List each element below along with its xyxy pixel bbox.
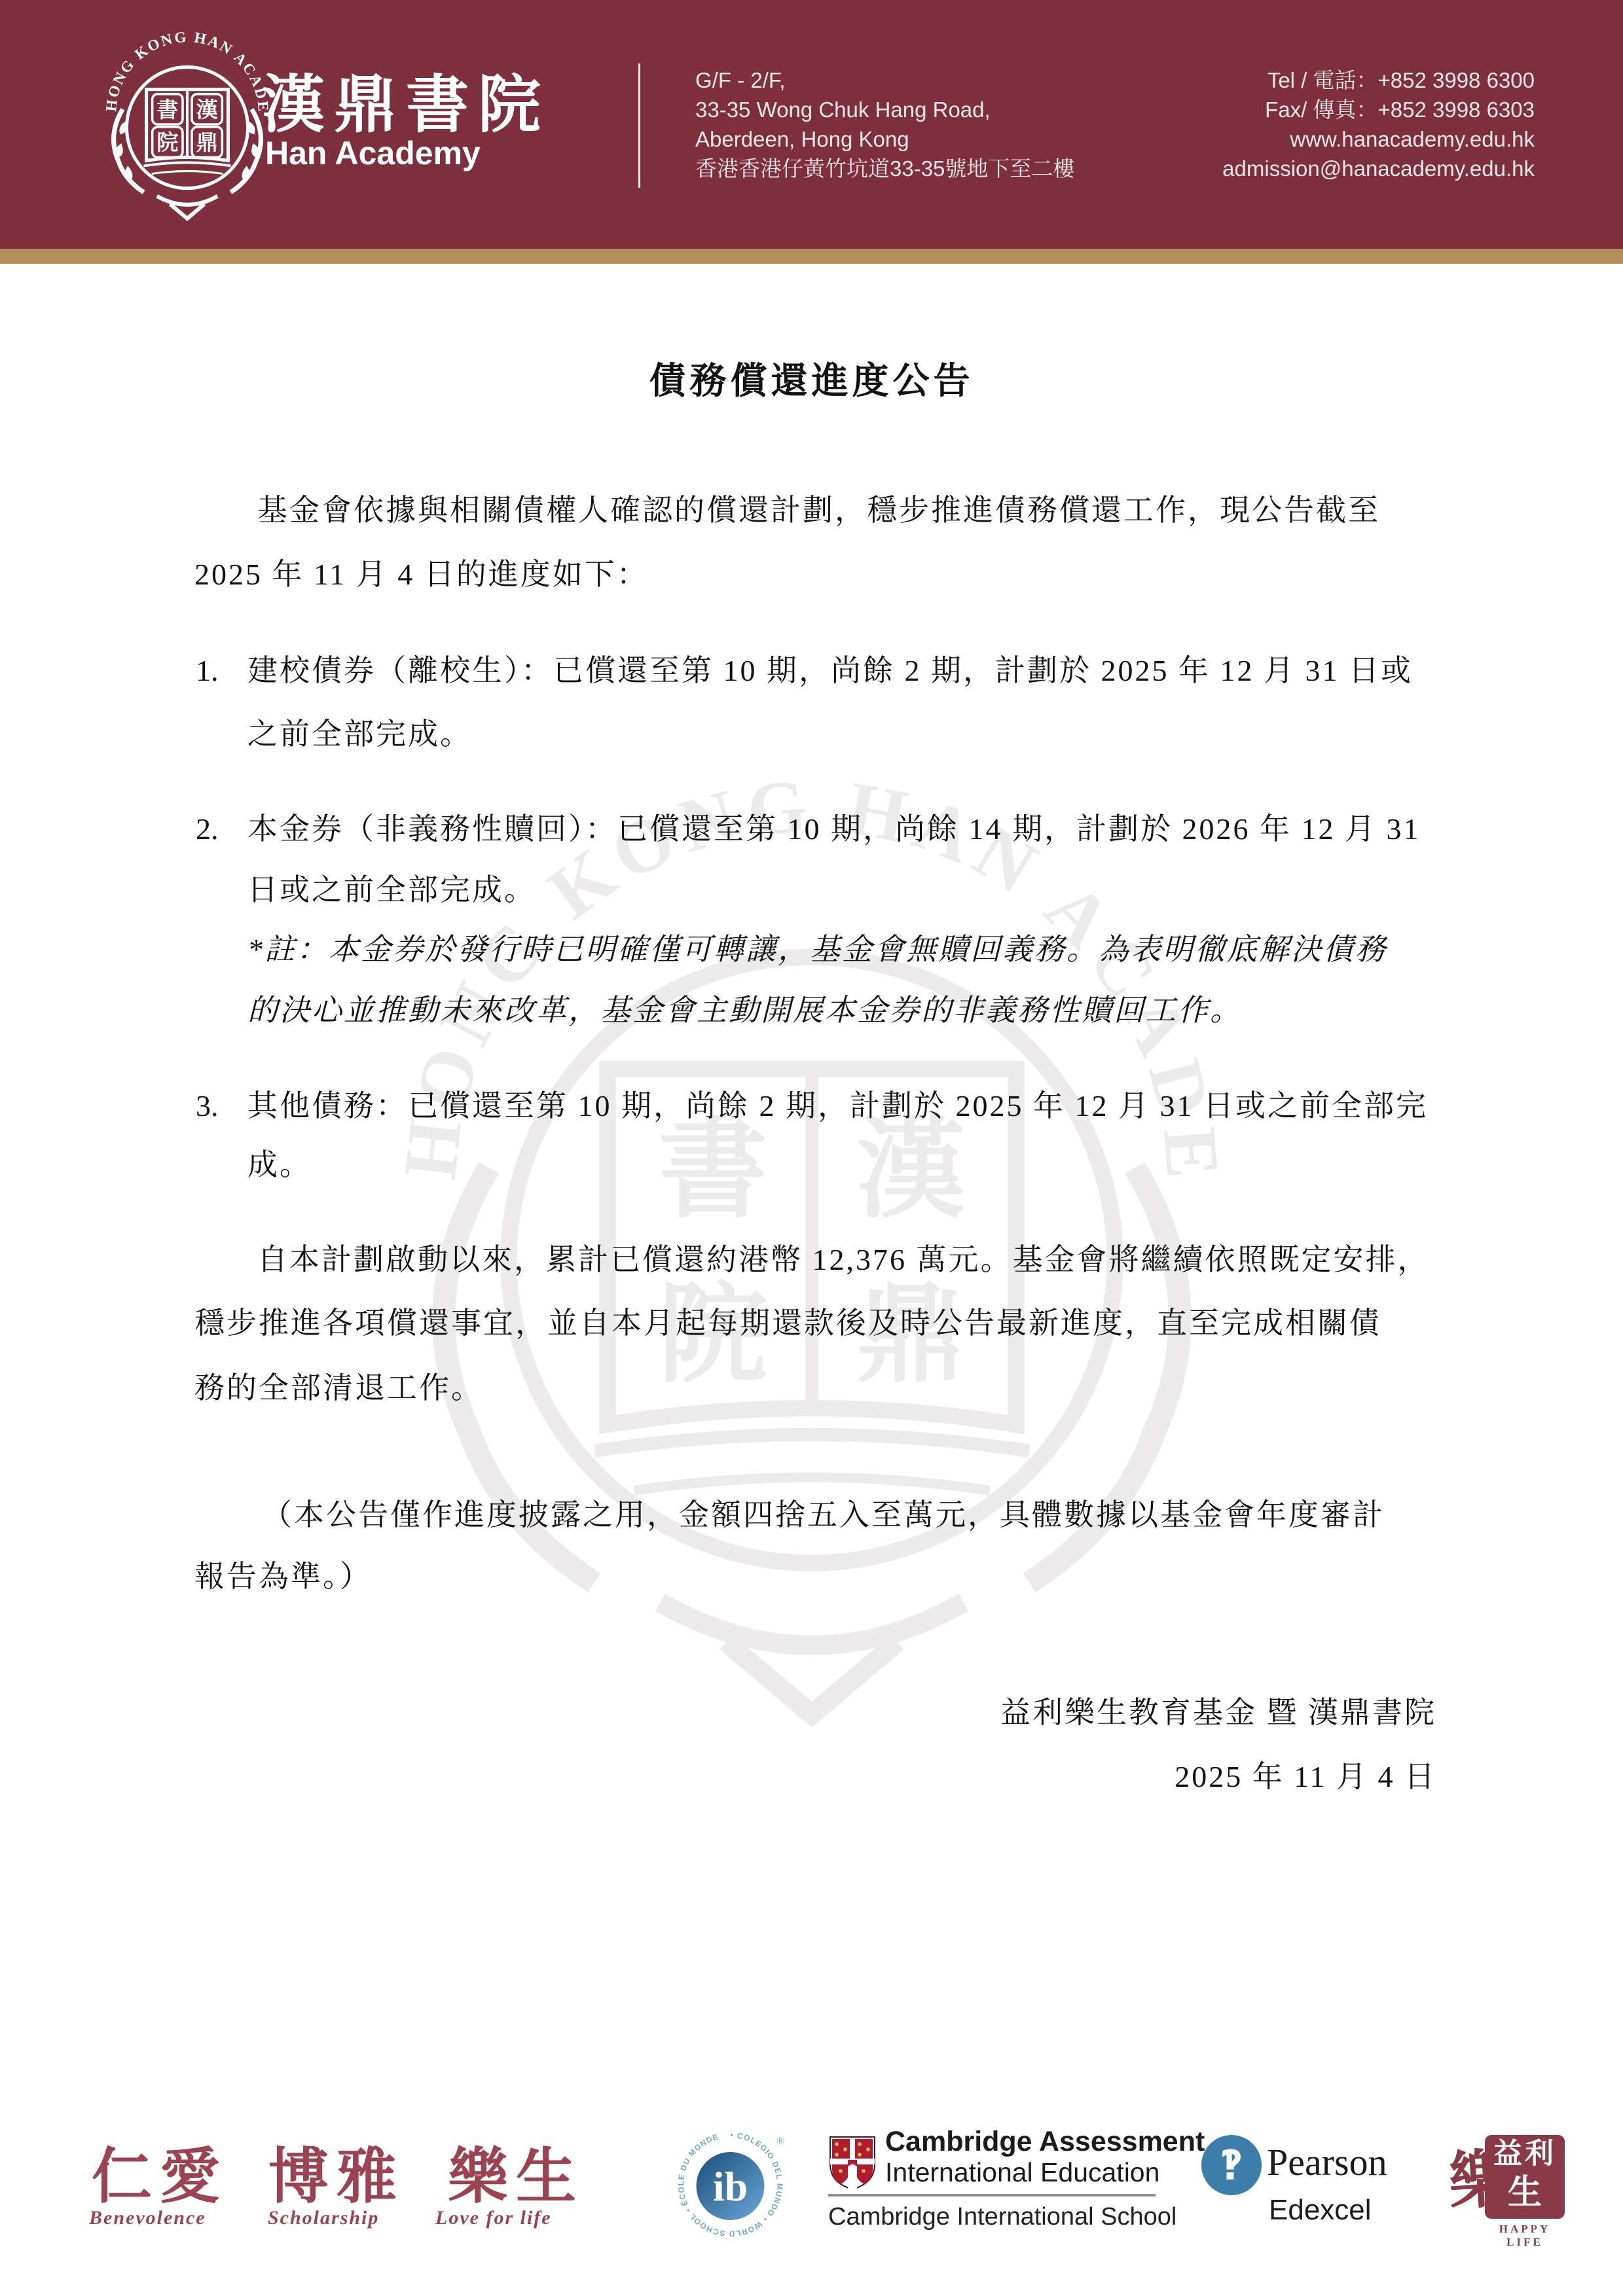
pearson-interrobang-icon: ‽ bbox=[1201, 2135, 1262, 2195]
list-item-1-line-2: 之前全部完成。 bbox=[247, 715, 472, 754]
cambridge-divider-line bbox=[828, 2194, 1156, 2197]
svg-text:漢: 漢 bbox=[856, 1111, 965, 1231]
disclaimer-line-2: 報告為準。） bbox=[194, 1557, 372, 1596]
happy-life-seal: 益利 生 bbox=[1485, 2135, 1565, 2219]
signature-organization: 益利樂生教育基金 暨 漢鼎書院 bbox=[1000, 1689, 1436, 1732]
motto-love-for-life-en: Love for life bbox=[435, 2207, 552, 2229]
list-item-2-line-1: 本金券（非義務性贖回）：已償還至第 10 期，尚餘 14 期，計劃於 2026 … bbox=[247, 810, 1421, 849]
svg-text:漢: 漢 bbox=[196, 98, 218, 122]
svg-text:書: 書 bbox=[659, 1111, 767, 1231]
happy-life-seal-bottom-char: 生 bbox=[1485, 2173, 1565, 2214]
svg-text:ib: ib bbox=[713, 2163, 748, 2210]
cambridge-assessment-label: Cambridge Assessment bbox=[885, 2126, 1205, 2158]
motto-benevolence-en: Benevolence bbox=[89, 2207, 206, 2229]
announcement-page: HONG KONG HAN ACADEMY 書 漢 院 鼎 漢鼎書院 Han A… bbox=[0, 0, 1623, 2296]
list-item-1-line-1: 建校債券（離校生）：已償還至第 10 期，尚餘 2 期，計劃於 2025 年 1… bbox=[247, 651, 1413, 691]
school-name-chinese: 漢鼎書院 bbox=[262, 55, 570, 145]
document-title: 債務償還進度公告 bbox=[0, 352, 1623, 404]
interrobang-glyph: ‽ bbox=[1220, 2142, 1243, 2189]
header-divider-line bbox=[638, 63, 640, 188]
list-item-2-number: 2. bbox=[196, 810, 219, 849]
list-item-2-note-line-2: 的決心並推動未來改革，基金會主動開展本金券的非義務性贖回工作。 bbox=[247, 991, 1242, 1030]
address-line: G/F - 2/F, bbox=[695, 65, 1074, 95]
cambridge-shield-icon bbox=[828, 2135, 877, 2191]
contact-block: Tel / 電話：+852 3998 6300 Fax/ 傳真：+852 399… bbox=[1222, 65, 1535, 183]
edexcel-label: Edexcel bbox=[1269, 2194, 1372, 2227]
address-line: 香港香港仔黃竹坑道33-35號地下至二樓 bbox=[695, 154, 1074, 183]
address-line: 33-35 Wong Chuk Hang Road, bbox=[695, 95, 1074, 124]
list-item-3-number: 3. bbox=[196, 1086, 219, 1126]
list-item-3-line-2: 成。 bbox=[247, 1145, 312, 1185]
progress-line-2: 穩步推進各項償還事宜，並自本月起每期還款後及時公告最新進度，直至完成相關債 bbox=[194, 1304, 1381, 1343]
motto-scholarship-zh: 博雅 bbox=[268, 2128, 405, 2215]
intro-line-1: 基金會依據與相關債權人確認的償還計劃，穩步推進債務償還工作，現公告截至 bbox=[257, 491, 1380, 530]
svg-text:®: ® bbox=[776, 2136, 784, 2147]
email-line: admission@hanacademy.edu.hk bbox=[1222, 154, 1535, 183]
website-line: www.hanacademy.edu.hk bbox=[1222, 124, 1535, 154]
tel-line: Tel / 電話：+852 3998 6300 bbox=[1222, 65, 1535, 95]
svg-text:院: 院 bbox=[156, 131, 179, 155]
list-item-3-line-1: 其他債務：已償還至第 10 期，尚餘 2 期，計劃於 2025 年 12 月 3… bbox=[247, 1086, 1428, 1126]
ib-world-school-logo-icon: • COLEGIO DEL MUNDO • WORLD SCHOOL • ÉCO… bbox=[673, 2127, 788, 2242]
pearson-wordmark: Pearson bbox=[1267, 2140, 1387, 2184]
motto-scholarship-en: Scholarship bbox=[268, 2207, 379, 2229]
list-item-2-line-2: 日或之前全部完成。 bbox=[247, 870, 536, 910]
list-item-1-number: 1. bbox=[196, 651, 219, 691]
list-item-2-note-line-1: *註：本金券於發行時已明確僅可轉讓，基金會無贖回義務。為表明徹底解決債務 bbox=[247, 930, 1387, 969]
gold-divider-bar bbox=[0, 249, 1623, 264]
progress-line-3: 務的全部清退工作。 bbox=[194, 1369, 483, 1408]
motto-love-for-life-zh: 樂生 bbox=[448, 2128, 584, 2215]
svg-text:鼎: 鼎 bbox=[196, 131, 218, 155]
progress-line-1: 自本計劃啟動以來，累計已償還約港幣 12,376 萬元。基金會將繼續依照既定安排… bbox=[257, 1240, 1430, 1280]
school-seal-logo-icon: HONG KONG HAN ACADEMY 書 漢 院 鼎 bbox=[86, 24, 288, 228]
address-line: Aberdeen, Hong Kong bbox=[695, 124, 1074, 154]
happy-life-caption: HAPPY LIFE bbox=[1485, 2223, 1565, 2249]
motto-benevolence-zh: 仁愛 bbox=[92, 2128, 228, 2215]
signature-date: 2025 年 11 月 4 日 bbox=[1175, 1753, 1436, 1796]
cambridge-international-school-label: Cambridge International School bbox=[828, 2203, 1176, 2231]
address-block: G/F - 2/F, 33-35 Wong Chuk Hang Road, Ab… bbox=[695, 65, 1074, 183]
happy-life-seal-top-chars: 益利 bbox=[1485, 2135, 1565, 2173]
cambridge-international-education-label: International Education bbox=[885, 2157, 1159, 2188]
intro-line-2: 2025 年 11 月 4 日的進度如下： bbox=[194, 555, 649, 594]
svg-text:書: 書 bbox=[156, 98, 178, 122]
fax-line: Fax/ 傳真：+852 3998 6303 bbox=[1222, 95, 1535, 124]
school-name-english: Han Academy bbox=[265, 134, 481, 172]
disclaimer-line-1: （本公告僅作進度披露之用，金額四捨五入至萬元，具體數據以基金會年度審計 bbox=[262, 1496, 1385, 1535]
